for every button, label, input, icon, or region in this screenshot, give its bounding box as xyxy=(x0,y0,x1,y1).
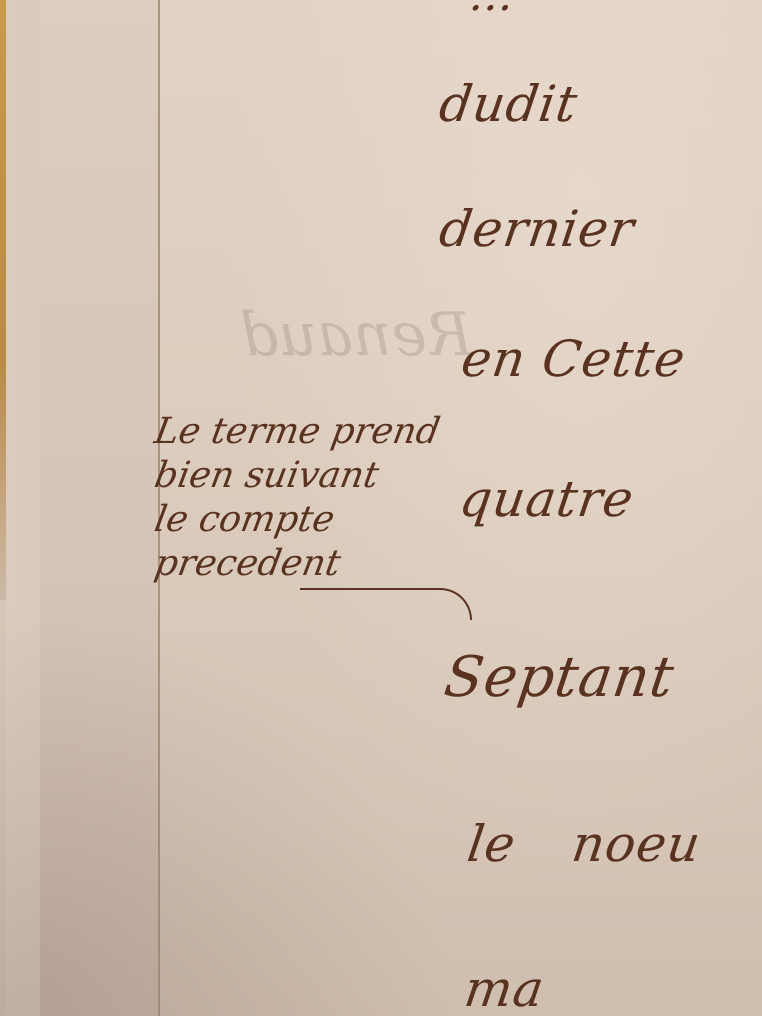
bleed-through-text: Renaud xyxy=(240,300,472,370)
main-text-line-6: le noeu xyxy=(464,815,705,873)
main-text-line-4: quatre xyxy=(456,470,638,528)
pen-flourish xyxy=(300,588,472,620)
main-text-line-1: dudit xyxy=(436,75,581,133)
underlying-sheet xyxy=(40,0,162,1016)
margin-note: Le terme prend bien suivant le compte pr… xyxy=(155,410,475,586)
main-text-line-2: dernier xyxy=(436,200,638,258)
manuscript-photo: Renaud … dudit dernier en Cette quatre S… xyxy=(0,0,762,1016)
main-text-line-7: ma xyxy=(461,960,548,1016)
margin-note-line-3: precedent xyxy=(151,542,479,586)
margin-note-line-2: le compte xyxy=(151,498,479,542)
main-text-line-0: … xyxy=(466,0,518,21)
main-text-line-3: en Cette xyxy=(458,330,689,388)
main-text-line-5: Septant xyxy=(440,645,678,710)
margin-note-line-0: Le terme prend xyxy=(151,410,479,454)
margin-note-line-1: bien suivant xyxy=(151,454,479,498)
